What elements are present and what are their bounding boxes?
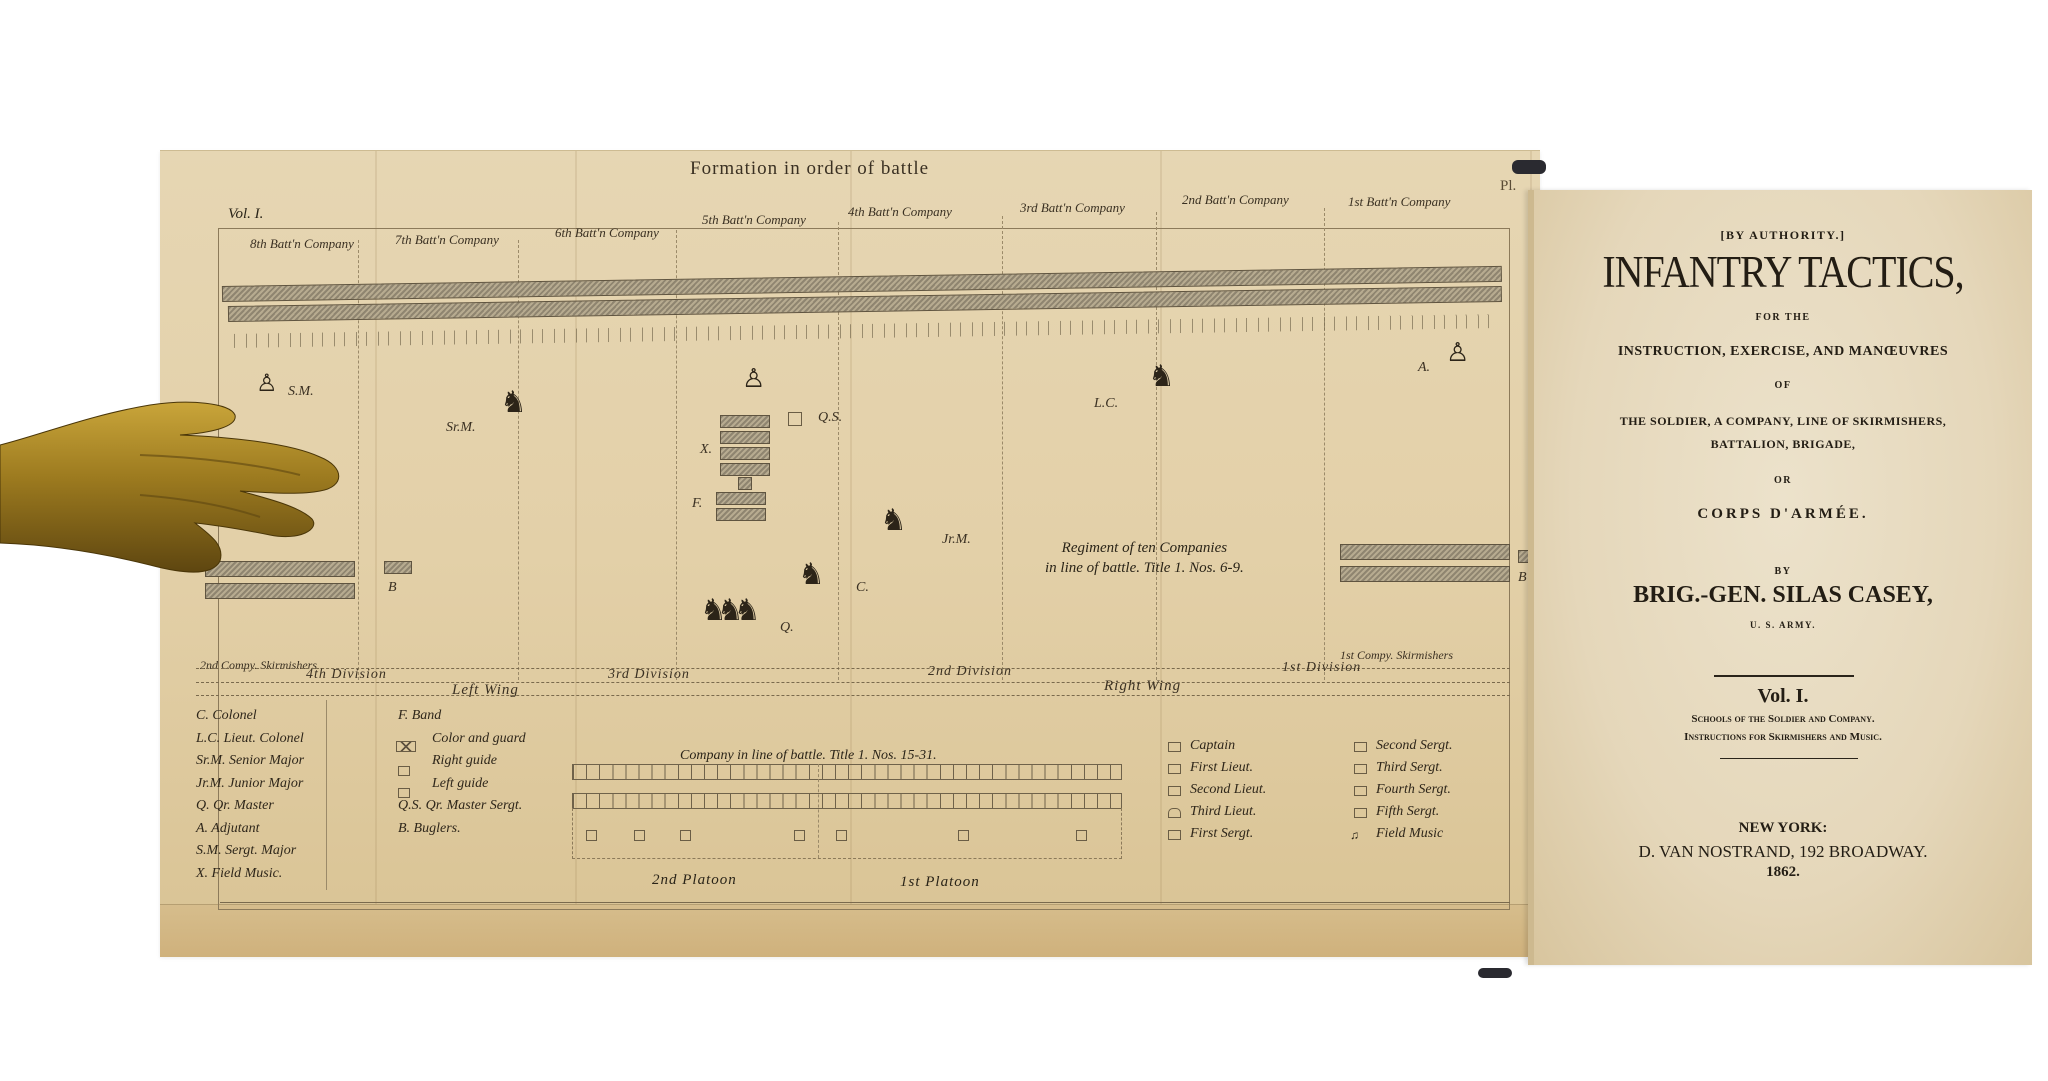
title-page: [BY AUTHORITY.] INFANTRY TACTICS, FOR TH…: [1528, 190, 2032, 965]
left-guide-icon: [398, 788, 410, 798]
company-label-4: 4th Batt'n Company: [848, 204, 952, 220]
legend-item: B. Buglers.: [398, 818, 526, 841]
right-company-front-rank: [1340, 544, 1510, 560]
figure-label-quartermaster: Q.: [780, 620, 794, 636]
company-label-7: 7th Batt'n Company: [395, 232, 499, 248]
volume-label: Vol. I.: [1534, 685, 2032, 708]
subtitle-line-2: THE SOLDIER, A COMPANY, LINE OF SKIRMISH…: [1534, 414, 2032, 429]
company-divider: [676, 230, 677, 680]
legend-item: A. Adjutant: [196, 818, 304, 841]
right-guide-icon: [398, 766, 410, 776]
first-lieut-icon: [1168, 764, 1181, 774]
junior-major-horseman-icon: ♞: [880, 506, 907, 536]
platoon-divider: [818, 764, 819, 858]
figure-label-buglers-right: B: [1518, 570, 1527, 586]
first-sergeant-icon: [1168, 830, 1181, 840]
second-lieut-icon: [958, 830, 969, 841]
band-rank: [716, 508, 766, 521]
legend-item: F. Band: [398, 705, 526, 728]
legend-units: F. Band Color and guard Right guide Left…: [398, 705, 526, 840]
third-sergeant-icon: [794, 830, 805, 841]
third-sergeant-icon: [1354, 764, 1367, 774]
plate-title: Formation in order of battle: [690, 158, 929, 180]
subtitle-line-3: BATTALION, BRIGADE,: [1534, 437, 2032, 452]
legend-divider: [326, 700, 327, 890]
company-file-closers-box: [572, 808, 1122, 859]
company-caption: Company in line of battle. Title 1. Nos.…: [680, 748, 937, 764]
platoon-label-1: 1st Platoon: [900, 874, 980, 891]
third-lieut-icon: [1168, 808, 1181, 818]
company-label-2: 2nd Batt'n Company: [1182, 192, 1289, 208]
figure-label-qm-sergeant: Q.S.: [818, 410, 842, 426]
for-the-line: FOR THE: [1534, 312, 2032, 323]
legend-item: S.M. Sergt. Major: [196, 840, 304, 863]
division-label-4: 4th Division: [306, 667, 387, 683]
division-label-3: 3rd Division: [608, 667, 690, 683]
fifth-sergeant-icon: [1076, 830, 1087, 841]
authority-line: [BY AUTHORITY.]: [1534, 228, 2032, 243]
company-label-5: 5th Batt'n Company: [702, 212, 806, 228]
title-rule-bottom: [1720, 758, 1858, 759]
band-rank: [716, 492, 766, 505]
division-label-2: 2nd Division: [928, 664, 1012, 680]
lieut-colonel-horseman-icon: ♞: [1148, 362, 1175, 392]
legend-item: Sr.M. Senior Major: [196, 750, 304, 773]
division-label-1: 1st Division: [1282, 660, 1361, 676]
field-music-icon: ♫: [1350, 828, 1359, 843]
legend-officers: Captain First Lieut. Second Lieut. Third…: [1190, 735, 1266, 845]
figure-label-senior-major: Sr.M.: [446, 420, 476, 436]
or-line: OR: [1534, 475, 2032, 486]
wing-label-right: Right Wing: [1104, 678, 1181, 695]
legend-item-second-sergeant: Second Sergt.: [1376, 735, 1452, 757]
field-music-rank: [720, 447, 770, 460]
figure-label-field-music: X.: [700, 442, 712, 458]
figure-label-colonel: C.: [856, 580, 869, 596]
legend-item: Q. Qr. Master: [196, 795, 304, 818]
subtitle-line-4: CORPS D'ARMÉE.: [1534, 506, 2032, 523]
plate-bottom-rule: [220, 902, 1510, 903]
subtitle-line-1: INSTRUCTION, EXERCISE, AND MANŒUVRES: [1534, 344, 2032, 360]
figure-label-lieut-colonel: L.C.: [1094, 396, 1118, 412]
left-buglers-marker: [384, 561, 412, 574]
title-rule-top: [1714, 675, 1854, 677]
legend-staff: C. Colonel L.C. Lieut. Colonel Sr.M. Sen…: [196, 705, 304, 885]
company-label-3: 3rd Batt'n Company: [1020, 200, 1125, 216]
drum-major-marker: [738, 477, 752, 490]
plate-folded-edge: [160, 904, 1540, 957]
publisher-name: D. VAN NOSTRAND, 192 BROADWAY.: [1534, 842, 2032, 862]
qm-sergeant-marker: [788, 412, 802, 426]
legend-item-right-guide: Right guide: [398, 750, 526, 773]
division-line-middle: [196, 682, 1510, 683]
legend-item-first-lieut: First Lieut.: [1190, 757, 1266, 779]
company-label-6: 6th Batt'n Company: [555, 225, 659, 241]
company-rear-rank-grid: [572, 793, 1122, 809]
field-music-rank: [720, 415, 770, 428]
third-lieut-icon: [680, 830, 691, 841]
second-lieut-icon: [1168, 786, 1181, 796]
of-line: OF: [1534, 380, 2032, 391]
legend-item-color-guard: Color and guard: [398, 728, 526, 751]
staff-group-horsemen-icon: ♞♞♞: [700, 596, 751, 626]
captain-icon: [1168, 742, 1181, 752]
contents-line-2: Instructions for Skirmishers and Music.: [1534, 731, 2032, 743]
platoon-label-2: 2nd Platoon: [652, 872, 737, 889]
author-name: BRIG.-GEN. SILAS CASEY,: [1534, 582, 2032, 609]
field-music-rank: [720, 463, 770, 476]
wing-label-left: Left Wing: [452, 682, 519, 699]
adjutant-figure-icon: ♙: [1446, 340, 1469, 366]
fourth-sergeant-icon: [836, 830, 847, 841]
first-lieut-icon: [634, 830, 645, 841]
publisher-city: NEW YORK:: [1534, 820, 2032, 837]
legend-item-fifth-sergeant: Fifth Sergt.: [1376, 801, 1452, 823]
wing-line-bottom: [196, 695, 1510, 696]
regiment-caption-line2: in line of battle. Title 1. Nos. 6-9.: [1045, 558, 1244, 578]
book-spine-top: [1512, 160, 1546, 174]
plate-number-label: Pl.: [1500, 178, 1516, 195]
book-title: INFANTRY TACTICS,: [1534, 244, 2032, 298]
regiment-caption-line1: Regiment of ten Companies: [1045, 538, 1244, 558]
figure-label-buglers-left: B: [388, 580, 397, 596]
second-sergeant-icon: [586, 830, 597, 841]
legend-item-captain: Captain: [1190, 735, 1266, 757]
by-line: BY: [1534, 566, 2032, 577]
author-rank: U. S. ARMY.: [1534, 620, 2032, 630]
book-spine-bottom: [1478, 968, 1512, 978]
legend-item-third-sergeant: Third Sergt.: [1376, 757, 1452, 779]
company-label-8: 8th Batt'n Company: [250, 236, 354, 252]
figure-label-band: F.: [692, 496, 702, 512]
company-front-rank-grid: [572, 764, 1122, 780]
legend-item-left-guide: Left guide: [398, 773, 526, 796]
sergeant-major-figure-icon: ♙: [256, 372, 278, 396]
second-sergeant-icon: [1354, 742, 1367, 752]
color-guard-icon: [396, 741, 416, 752]
legend-item: L.C. Lieut. Colonel: [196, 728, 304, 751]
regiment-caption: Regiment of ten Companies in line of bat…: [1045, 538, 1244, 578]
colonel-horseman-icon: ♞: [798, 560, 825, 590]
fifth-sergeant-icon: [1354, 808, 1367, 818]
figure-label-adjutant: A.: [1418, 360, 1430, 376]
legend-item: Q.S. Qr. Master Sergt.: [398, 795, 526, 818]
legend-item-third-lieut: Third Lieut.: [1190, 801, 1266, 823]
legend-item-fourth-sergeant: Fourth Sergt.: [1376, 779, 1452, 801]
left-skirmishers-label: 2nd Compy. Skirmishers: [200, 658, 317, 673]
right-company-rear-rank: [1340, 566, 1510, 582]
legend-item-second-lieut: Second Lieut.: [1190, 779, 1266, 801]
legend-item-field-music: Field Music: [1376, 823, 1452, 845]
company-label-1: 1st Batt'n Company: [1348, 194, 1450, 210]
senior-major-horseman-icon: ♞: [500, 388, 527, 418]
drum-major-figure-icon: ♙: [742, 366, 765, 392]
contents-line-1: Schools of the Soldier and Company.: [1534, 713, 2032, 725]
field-music-rank: [720, 431, 770, 444]
figure-label-junior-major: Jr.M.: [942, 532, 971, 548]
fourth-sergeant-icon: [1354, 786, 1367, 796]
legend-item-first-sergeant: First Sergt.: [1190, 823, 1266, 845]
legend-item: C. Colonel: [196, 705, 304, 728]
legend-item: X. Field Music.: [196, 863, 304, 886]
plate-volume-label: Vol. I.: [228, 206, 263, 223]
gilt-hand-paperweight: [0, 395, 345, 590]
legend-sergeants: Second Sergt. Third Sergt. Fourth Sergt.…: [1376, 735, 1452, 845]
publication-year: 1862.: [1534, 864, 2032, 881]
legend-item: Jr.M. Junior Major: [196, 773, 304, 796]
